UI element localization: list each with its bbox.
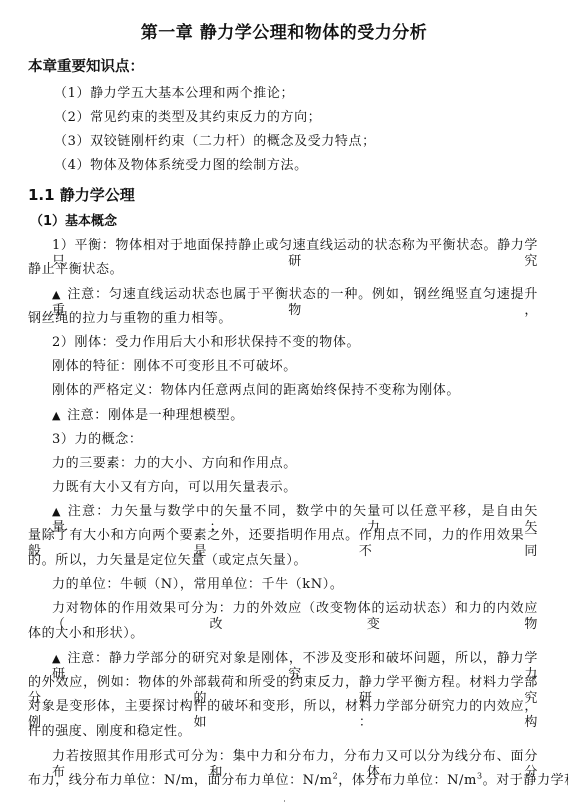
paragraph-line: 3）力的概念：: [52, 432, 142, 448]
paragraph-line: 力既有大小又有方向，可以用矢量表示。: [52, 480, 297, 496]
page-mark: [284, 800, 285, 802]
key-point-item: （4）物体及物体系统受力图的绘制方法。: [54, 158, 308, 174]
key-points-heading: 本章重要知识点：: [28, 58, 144, 76]
triangle-note-icon: ▲: [52, 652, 61, 665]
text-run: ，体分布力单位：N/m: [338, 773, 477, 788]
key-point-item: （1）静力学五大基本公理和两个推论；: [54, 86, 294, 102]
paragraph-line: 的。所以，力矢量是定位矢量（或定点矢量）。: [28, 553, 307, 569]
key-point-item: （2）常见约束的类型及其约束反力的方向；: [54, 110, 321, 126]
paragraph-line: 刚体的特征：刚体不可变形且不可破坏。: [52, 359, 297, 375]
paragraph-line: 布力，线分布力单位：N/m，面分布力单位：N/m2，体分布力单位：N/m3。对于…: [28, 773, 568, 789]
triangle-note-icon: ▲: [52, 505, 62, 518]
paragraph-line: 刚体的严格定义：物体内任意两点间的距离始终保持不变称为刚体。: [52, 383, 460, 399]
text-run: 。对于静力学和材料: [483, 773, 568, 788]
paragraph-line: 1）平衡：物体相对于地面保持静止或匀速直线运动的状态称为平衡状态。静力学只研究: [52, 238, 538, 270]
paragraph-line: 钢丝绳的拉力与重物的重力相等。: [28, 311, 232, 327]
paragraph-line: 静止平衡状态。: [28, 262, 123, 278]
note-text: 注意：刚体是一种理想模型。: [67, 408, 244, 423]
subsection-heading: （1）基本概念: [30, 214, 117, 230]
section-heading: 1.1 静力学公理: [28, 186, 135, 205]
document-page: 第一章 静力学公理和物体的受力分析 本章重要知识点： （1）静力学五大基本公理和…: [0, 0, 568, 807]
note-line: ▲注意：刚体是一种理想模型。: [52, 408, 244, 424]
paragraph-line: 力的单位：牛顿（N），常用单位：千牛（kN）。: [52, 577, 343, 593]
paragraph-line: 2）刚体：受力作用后大小和形状保持不变的物体。: [52, 335, 360, 351]
paragraph-line: 力的三要素：力的大小、方向和作用点。: [52, 456, 297, 472]
chapter-title: 第一章 静力学公理和物体的受力分析: [0, 22, 568, 44]
paragraph-line: 件的强度、刚度和稳定性。: [28, 724, 191, 740]
key-point-item: （3）双铰链刚杆约束（二力杆）的概念及受力特点；: [54, 134, 376, 150]
text-run: 布力，线分布力单位：N/m，面分布力单位：N/m: [28, 773, 333, 788]
triangle-note-icon: ▲: [52, 409, 61, 422]
paragraph-line: 体的大小和形状）。: [28, 626, 144, 642]
triangle-note-icon: ▲: [52, 288, 61, 301]
